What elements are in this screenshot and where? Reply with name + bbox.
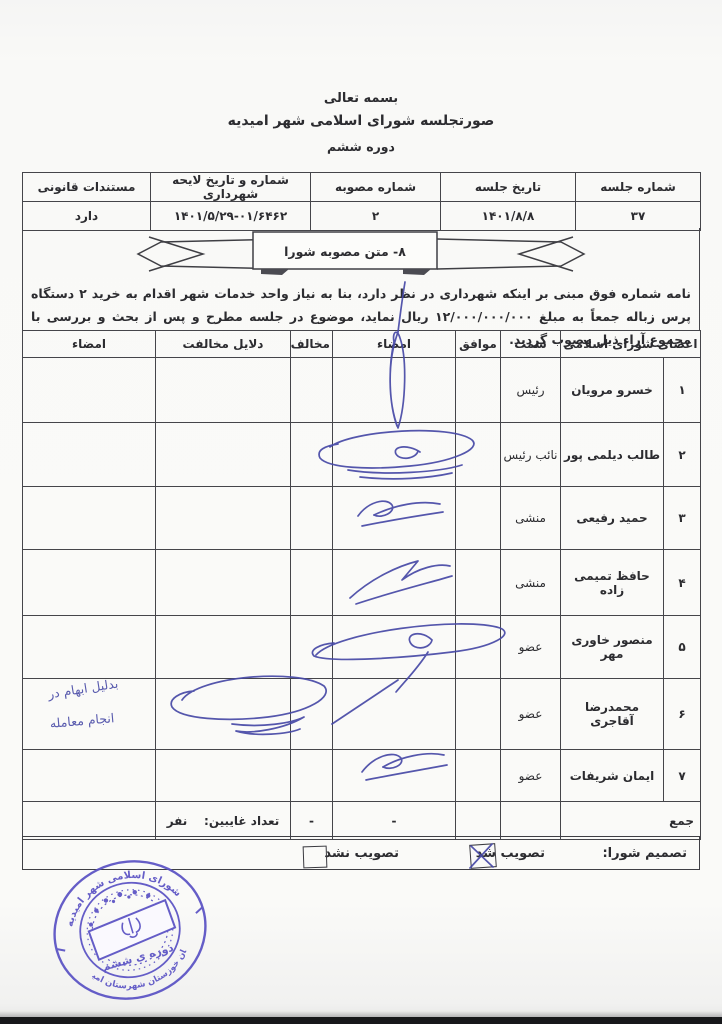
member-name: خسرو مرویان	[561, 358, 664, 423]
reasons-cell	[156, 750, 291, 802]
not-approved-checkbox	[303, 846, 328, 869]
header-session-date: تاریخ جلسه	[441, 173, 576, 202]
header-opposition-reasons: دلایل مخالفت	[156, 331, 291, 358]
session-info-value-row: ۳۷ ۱۴۰۱/۸/۸ ۲ ۱۴۰۱/۵/۲۹-۰۱/۶۴۶۲ دارد	[23, 202, 701, 231]
member-row-1: ۱ خسرو مرویان رئیس	[23, 358, 701, 423]
signature2-cell	[23, 750, 156, 802]
total-signature2-cell	[23, 802, 156, 840]
member-row-7: ۷ ایمان شریفات عضو	[23, 750, 701, 802]
header-legal-docs: مستندات قانونی	[23, 173, 151, 202]
signature2-cell	[23, 550, 156, 616]
agree-cell	[456, 679, 501, 750]
row-number: ۱	[664, 358, 701, 423]
total-against-cell: -	[291, 802, 333, 840]
signature2-cell	[23, 358, 156, 423]
not-approved-label: تصویب نشد	[324, 837, 399, 869]
agree-cell	[456, 550, 501, 616]
total-row: جمع - - تعداد غایبین: نفر	[23, 802, 701, 840]
member-position: منشی	[501, 487, 561, 550]
ribbon-banner: ۸- متن مصوبه شورا	[121, 228, 601, 282]
member-row-4: ۴ حافظ تمیمی زاده منشی	[23, 550, 701, 616]
total-signature-cell: -	[333, 802, 456, 840]
against-cell	[291, 550, 333, 616]
agree-cell	[456, 487, 501, 550]
against-cell	[291, 487, 333, 550]
reasons-cell	[156, 423, 291, 487]
row-number: ۵	[664, 616, 701, 679]
row-number: ۷	[664, 750, 701, 802]
against-cell	[291, 423, 333, 487]
value-session-number: ۳۷	[576, 202, 701, 231]
signature-cell	[333, 550, 456, 616]
member-position: عضو	[501, 679, 561, 750]
member-row-3: ۳ حمید رفیعی منشی	[23, 487, 701, 550]
reasons-cell	[156, 616, 291, 679]
document-title: صورتجلسه شورای اسلامی شهر امیدیه	[0, 113, 722, 129]
vote-header-row: اعضای شورای اسلامی سمت موافق امضاء مخالف…	[23, 331, 701, 358]
signature-cell	[333, 750, 456, 802]
signature-cell	[333, 423, 456, 487]
session-info-header-row: شماره جلسه تاریخ جلسه شماره مصوبه شماره …	[23, 173, 701, 202]
header-against: مخالف	[291, 331, 333, 358]
total-position-cell	[501, 802, 561, 840]
scanned-document-page: بسمه تعالی صورتجلسه شورای اسلامی شهر امی…	[0, 0, 722, 1024]
signature2-cell	[23, 487, 156, 550]
value-session-date: ۱۴۰۱/۸/۸	[441, 202, 576, 231]
value-resolution-number: ۲	[311, 202, 441, 231]
row-number: ۶	[664, 679, 701, 750]
header-position: سمت	[501, 331, 561, 358]
bismillah-line: بسمه تعالی	[0, 91, 722, 106]
member-position: عضو	[501, 616, 561, 679]
total-agree-cell	[456, 802, 501, 840]
reasons-cell	[156, 358, 291, 423]
session-date-text: ۱۴۰۱/۸/۸	[482, 209, 535, 223]
row-number: ۲	[664, 423, 701, 487]
council-stamp: شورای اسلامی شهر امیدیه استان خوزستان شه…	[35, 850, 225, 1010]
member-position: عضو	[501, 750, 561, 802]
resolution-section: ۸- متن مصوبه شورا نامه شماره فوق مبنی بر…	[22, 228, 700, 330]
member-name: طالب دیلمی پور	[561, 423, 664, 487]
member-name: حافظ تمیمی زاده	[561, 550, 664, 616]
member-position: منشی	[501, 550, 561, 616]
against-cell	[291, 358, 333, 423]
agree-cell	[456, 750, 501, 802]
signature-cell	[333, 616, 456, 679]
value-bill-number-date: ۱۴۰۱/۵/۲۹-۰۱/۶۴۶۲	[151, 202, 311, 231]
header-signature: امضاء	[333, 331, 456, 358]
reasons-cell	[156, 550, 291, 616]
row-number: ۳	[664, 487, 701, 550]
header-agree: موافق	[456, 331, 501, 358]
member-position: رئیس	[501, 358, 561, 423]
council-term: دوره ششم	[0, 139, 722, 154]
ribbon-fold-shadows	[261, 269, 431, 275]
member-name: ایمان شریفات	[561, 750, 664, 802]
bill-number-date-text: ۱۴۰۱/۵/۲۹-۰۱/۶۴۶۲	[174, 209, 287, 223]
against-cell	[291, 616, 333, 679]
row-number: ۴	[664, 550, 701, 616]
signature-cell	[333, 358, 456, 423]
signature2-cell	[23, 616, 156, 679]
member-name: محمدرضا آقاجری	[561, 679, 664, 750]
header-members: اعضای شورای اسلامی	[561, 331, 701, 358]
reasons-cell	[156, 487, 291, 550]
agree-cell	[456, 423, 501, 487]
session-info-table: شماره جلسه تاریخ جلسه شماره مصوبه شماره …	[22, 172, 701, 231]
vote-table: اعضای شورای اسلامی سمت موافق امضاء مخالف…	[22, 330, 701, 840]
value-legal-docs: دارد	[23, 202, 151, 231]
agree-cell	[456, 616, 501, 679]
decision-label: تصمیم شورا:	[602, 837, 687, 869]
header-signature-2: امضاء	[23, 331, 156, 358]
header-session-number: شماره جلسه	[576, 173, 701, 202]
ribbon-title: ۸- متن مصوبه شورا	[284, 244, 406, 259]
agree-cell	[456, 358, 501, 423]
member-position: نائب رئیس	[501, 423, 561, 487]
member-name: حمید رفیعی	[561, 487, 664, 550]
total-label: جمع	[561, 802, 701, 840]
signature-cell	[333, 487, 456, 550]
header-bill-number-date: شماره و تاریخ لایحه شهرداری	[151, 173, 311, 202]
absent-count-cell: تعداد غایبین: نفر	[156, 802, 291, 840]
signature2-cell	[23, 423, 156, 487]
member-row-2: ۲ طالب دیلمی پور نائب رئیس	[23, 423, 701, 487]
ribbon-tail-left	[437, 239, 584, 269]
member-name: منصور خاوری مهر	[561, 616, 664, 679]
reasons-cell	[156, 679, 291, 750]
member-row-5: ۵ منصور خاوری مهر عضو	[23, 616, 701, 679]
signature-cell	[333, 679, 456, 750]
scan-bottom-edge	[0, 1017, 722, 1024]
against-cell	[291, 750, 333, 802]
header-resolution-number: شماره مصوبه	[311, 173, 441, 202]
against-cell	[291, 679, 333, 750]
approved-checkbox	[469, 843, 497, 869]
